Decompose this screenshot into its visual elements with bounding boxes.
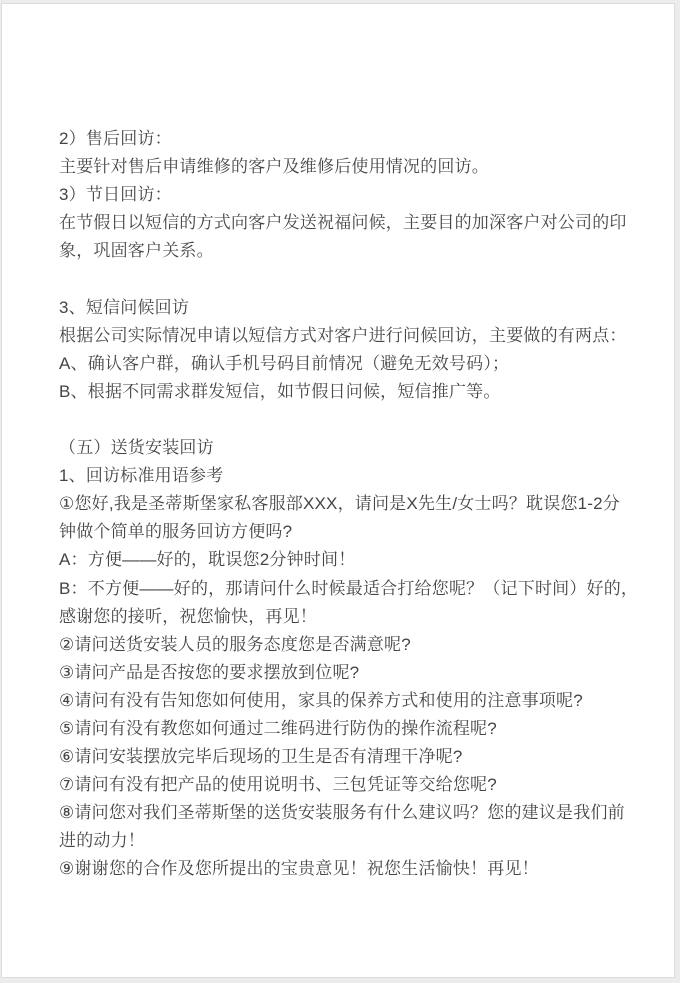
text-line: ④请问有没有告知您如何使用，家具的保养方式和使用的注意事项呢? [59,687,660,715]
text-line: A：方便——好的，耽误您2分钟时间！ [59,546,660,574]
text-line: 进的动力！ [59,827,660,855]
blank-line [59,265,660,293]
text-line: 根据公司实际情况申请以短信方式对客户进行问候回访，主要做的有两点： [59,322,660,350]
text-line: ⑨谢谢您的合作及您所提出的宝贵意见！祝您生活愉快！再见！ [59,855,660,883]
text-line: ⑥请问安装摆放完毕后现场的卫生是否有清理干净呢? [59,743,660,771]
text-line: ①您好,我是圣蒂斯堡家私客服部XXX，请问是X先生/女士吗？耽误您1-2分 [59,490,660,518]
text-line: ③请问产品是否按您的要求摆放到位呢? [59,659,660,687]
text-line: ②请问送货安装人员的服务态度您是否满意呢? [59,631,660,659]
text-line: A、确认客户群，确认手机号码目前情况（避免无效号码）； [59,350,660,378]
text-line: （五）送货安装回访 [59,434,660,462]
text-line: ⑦请问有没有把产品的使用说明书、三包凭证等交给您呢? [59,771,660,799]
blank-line [59,406,660,434]
text-line: 钟做个简单的服务回访方便吗? [59,518,660,546]
text-line: B：不方便——好的，那请问什么时候最适合打给您呢？（记下时间）好的， [59,575,660,603]
document-page: 2）售后回访：主要针对售后申请维修的客户及维修后使用情况的回访。3）节日回访：在… [1,3,675,978]
text-line: ⑧请问您对我们圣蒂斯堡的送货安装服务有什么建议吗？您的建议是我们前 [59,799,660,827]
text-line: 2）售后回访： [59,125,660,153]
text-line: 在节假日以短信的方式向客户发送祝福问候，主要目的加深客户对公司的印 [59,209,660,237]
text-line: 1、回访标准用语参考 [59,462,660,490]
text-line: 感谢您的接听，祝您愉快，再见！ [59,603,660,631]
text-line: 3）节日回访： [59,181,660,209]
text-line: 象，巩固客户关系。 [59,237,660,265]
text-line: 3、短信问候回访 [59,294,660,322]
document-text: 2）售后回访：主要针对售后申请维修的客户及维修后使用情况的回访。3）节日回访：在… [59,125,660,884]
text-line: B、根据不同需求群发短信，如节假日问候，短信推广等。 [59,378,660,406]
text-line: 主要针对售后申请维修的客户及维修后使用情况的回访。 [59,153,660,181]
text-line: ⑤请问有没有教您如何通过二维码进行防伪的操作流程呢? [59,715,660,743]
